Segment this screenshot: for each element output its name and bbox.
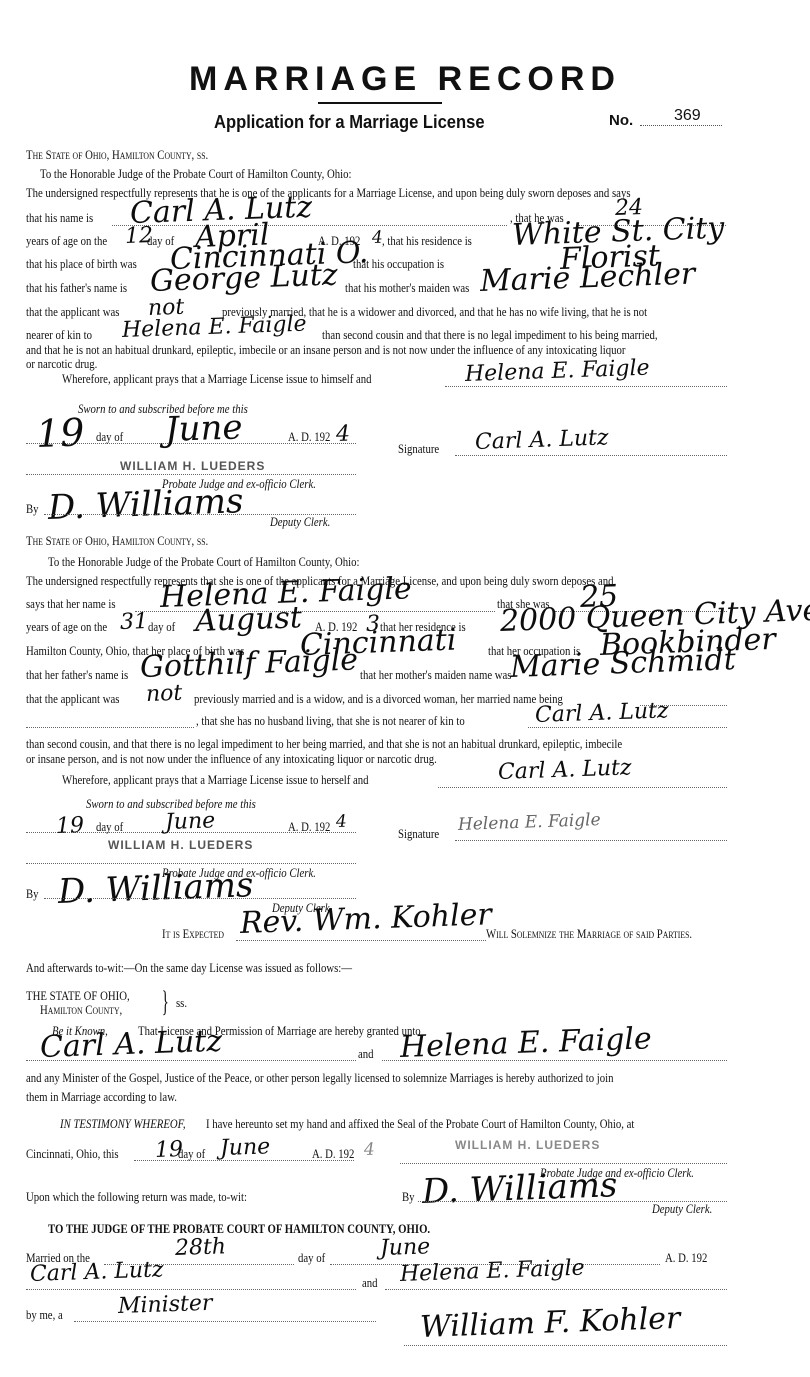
bride-kin-name: Carl A. Lutz [535, 698, 669, 728]
groom-father-label: that his father's name is [26, 281, 127, 296]
groom-signature-label: Signature [398, 442, 439, 457]
license-ad-label: A. D. 192 [312, 1147, 354, 1162]
return-groom-line [26, 1289, 356, 1290]
bride-by-label: By [26, 887, 39, 902]
record-number-label: No. [609, 112, 633, 129]
groom-residence-label: , that his residence is [382, 234, 472, 249]
license-deputy-title: Deputy Clerk. [652, 1202, 712, 1217]
license-return-text: Upon which the following return was made… [26, 1190, 247, 1205]
return-month: June [380, 1234, 431, 1261]
groom-intro: The undersigned respectfully represents … [26, 186, 631, 201]
groom-signature-line [455, 455, 727, 456]
groom-to-judge: To the Honorable Judge of the Probate Co… [40, 167, 351, 182]
groom-judge-stamp: WILLIAM H. LUEDERS [120, 459, 265, 473]
groom-kin-label: nearer of kin to [26, 328, 92, 343]
officiant-line [236, 940, 486, 941]
groom-sworn-day: 19 [35, 410, 85, 456]
groom-sworn-ad: A. D. 192 [288, 430, 330, 445]
groom-age-on-label: years of age on the [26, 234, 107, 249]
return-by-me-label: by me, a [26, 1308, 63, 1323]
brace-icon: } [162, 985, 169, 1019]
license-testimony-text: I have hereunto set my hand and affixed … [206, 1117, 634, 1132]
bride-signature-line [455, 840, 727, 841]
groom-wherefore: Wherefore, applicant prays that a Marria… [62, 372, 372, 387]
return-role: Minister [118, 1291, 213, 1319]
bride-birth-day: 31 [120, 609, 149, 635]
document-title: MARRIAGE RECORD [0, 60, 810, 99]
license-deputy-signature: D. Williams [421, 1165, 618, 1212]
license-bride: Helena E. Faigle [399, 1021, 652, 1065]
return-bride-line [385, 1289, 727, 1290]
bride-to-judge: To the Honorable Judge of the Probate Co… [48, 555, 359, 570]
bride-signature-label: Signature [398, 827, 439, 842]
bride-father: Gotthilf Faigle [139, 642, 358, 685]
bride-mother: Marie Schmidt [509, 642, 736, 685]
bride-age-on-label: years of age on the [26, 620, 107, 635]
groom-habits-text: and that he is not an habitual drunkard,… [26, 343, 625, 358]
groom-sworn-year: 4 [336, 422, 351, 447]
return-role-line [74, 1321, 376, 1322]
bride-judge-line [26, 863, 356, 864]
return-groom: Carl A. Lutz [30, 1257, 164, 1287]
bride-cousin-text2: or insane person, and is not now under t… [26, 752, 437, 767]
bride-deputy-signature: D. Williams [57, 865, 254, 912]
return-and-label: and [362, 1276, 378, 1291]
groom-mother-label: that his mother's maiden was [345, 281, 469, 296]
groom-kin-text: than second cousin and that there is no … [322, 328, 658, 343]
groom-sworn-month: June [164, 407, 243, 450]
license-day-of-label: day of [178, 1147, 205, 1162]
bride-sworn-ad: A. D. 192 [288, 820, 330, 835]
groom-applicant-was-label: that the applicant was [26, 305, 119, 320]
groom-name-label: that his name is [26, 211, 93, 226]
groom-signature: Carl A. Lutz [475, 425, 609, 455]
groom-occupation-label: that his occupation is [353, 257, 444, 272]
bride-sworn-month: June [165, 808, 216, 835]
license-authorized-text2: them in Marriage according to law. [26, 1090, 177, 1105]
return-day-of-label: day of [298, 1251, 325, 1266]
license-authorized-text: and any Minister of the Gospel, Justice … [26, 1071, 614, 1086]
bride-father-label: that her father's name is [26, 668, 128, 683]
return-officiant-line [404, 1345, 727, 1346]
bride-signature: Helena E. Faigle [458, 810, 601, 835]
bride-previously-married: not [146, 681, 183, 707]
license-county: Hamilton County, [40, 1003, 122, 1018]
officiant-name: Rev. Wm. Kohler [239, 897, 492, 941]
groom-sworn-day-of: day of [96, 430, 123, 445]
bride-day-of-label: day of [148, 620, 175, 635]
title-divider [318, 102, 442, 104]
bride-applicant-was-label: that the applicant was [26, 692, 119, 707]
groom-birthplace-label: that his place of birth was [26, 257, 137, 272]
bride-sworn-day: 19 [56, 813, 85, 839]
return-bride: Helena E. Faigle [400, 1256, 585, 1287]
document-subtitle: Application for a Marriage License [214, 112, 485, 133]
bride-birth-month: August [194, 600, 302, 639]
license-testimony-lead: IN TESTIMONY WHEREOF, [60, 1117, 186, 1132]
groom-judge-line [26, 474, 356, 475]
bride-mother-label: that her mother's maiden name was [360, 668, 511, 683]
bride-state-line: The State of Ohio, Hamilton County, ss. [26, 534, 208, 549]
return-heading: TO THE JUDGE OF THE PROBATE COURT OF HAM… [48, 1222, 430, 1237]
return-officiant-signature: William F. Kohler [419, 1301, 681, 1345]
license-place-label: Cincinnati, Ohio, this [26, 1147, 119, 1162]
license-judge-stamp: WILLIAM H. LUEDERS [455, 1138, 600, 1152]
officiant-solemnize-label: Will Solemnize the Marriage of said Part… [486, 927, 692, 942]
bride-sworn-year: 4 [336, 812, 348, 832]
return-ad-label: A. D. 192 [665, 1251, 707, 1266]
groom-habits-text2: or narcotic drug. [26, 357, 97, 372]
bride-cousin-text: than second cousin, and that there is no… [26, 737, 622, 752]
license-by-label: By [402, 1190, 415, 1205]
license-and-label: and [358, 1047, 374, 1062]
license-state: THE STATE OF OHIO, [26, 989, 130, 1004]
bride-judge-stamp: WILLIAM H. LUEDERS [108, 838, 253, 852]
groom-deputy-signature: D. Williams [47, 481, 244, 528]
bride-wherefore-line [438, 787, 727, 788]
bride-sworn-day-of: day of [96, 820, 123, 835]
groom-deputy-title: Deputy Clerk. [270, 515, 330, 530]
groom-kin-name: Helena E. Faigle [122, 312, 307, 343]
license-month: June [220, 1134, 271, 1161]
bride-wherefore: Wherefore, applicant prays that a Marria… [62, 773, 369, 788]
return-day: 28th [175, 1234, 227, 1261]
groom-mother: Marie Lechler [479, 256, 695, 298]
bride-name-label: says that her name is [26, 597, 116, 612]
license-afterwards: And afterwards to-wit:—On the same day L… [26, 961, 352, 976]
groom-father: George Lutz [149, 257, 338, 299]
bride-kin-text: , that she has no husband living, that s… [196, 714, 465, 729]
bride-deputy-line [44, 898, 356, 899]
bride-marital-text: previously married and is a widow, and i… [194, 692, 563, 707]
record-number: 369 [640, 107, 722, 126]
groom-wherefore-name: Helena E. Faigle [465, 356, 650, 387]
groom-by-label: By [26, 502, 39, 517]
groom-state-line: The State of Ohio, Hamilton County, ss. [26, 148, 208, 163]
license-year: 4 [364, 1140, 376, 1160]
license-ss: ss. [176, 996, 187, 1011]
officiant-expected-label: It is Expected [162, 927, 224, 942]
license-groom: Carl A. Lutz [39, 1024, 222, 1065]
bride-married-name-line2 [26, 727, 194, 728]
license-judge-line [400, 1163, 727, 1164]
bride-wherefore-name: Carl A. Lutz [498, 755, 632, 785]
